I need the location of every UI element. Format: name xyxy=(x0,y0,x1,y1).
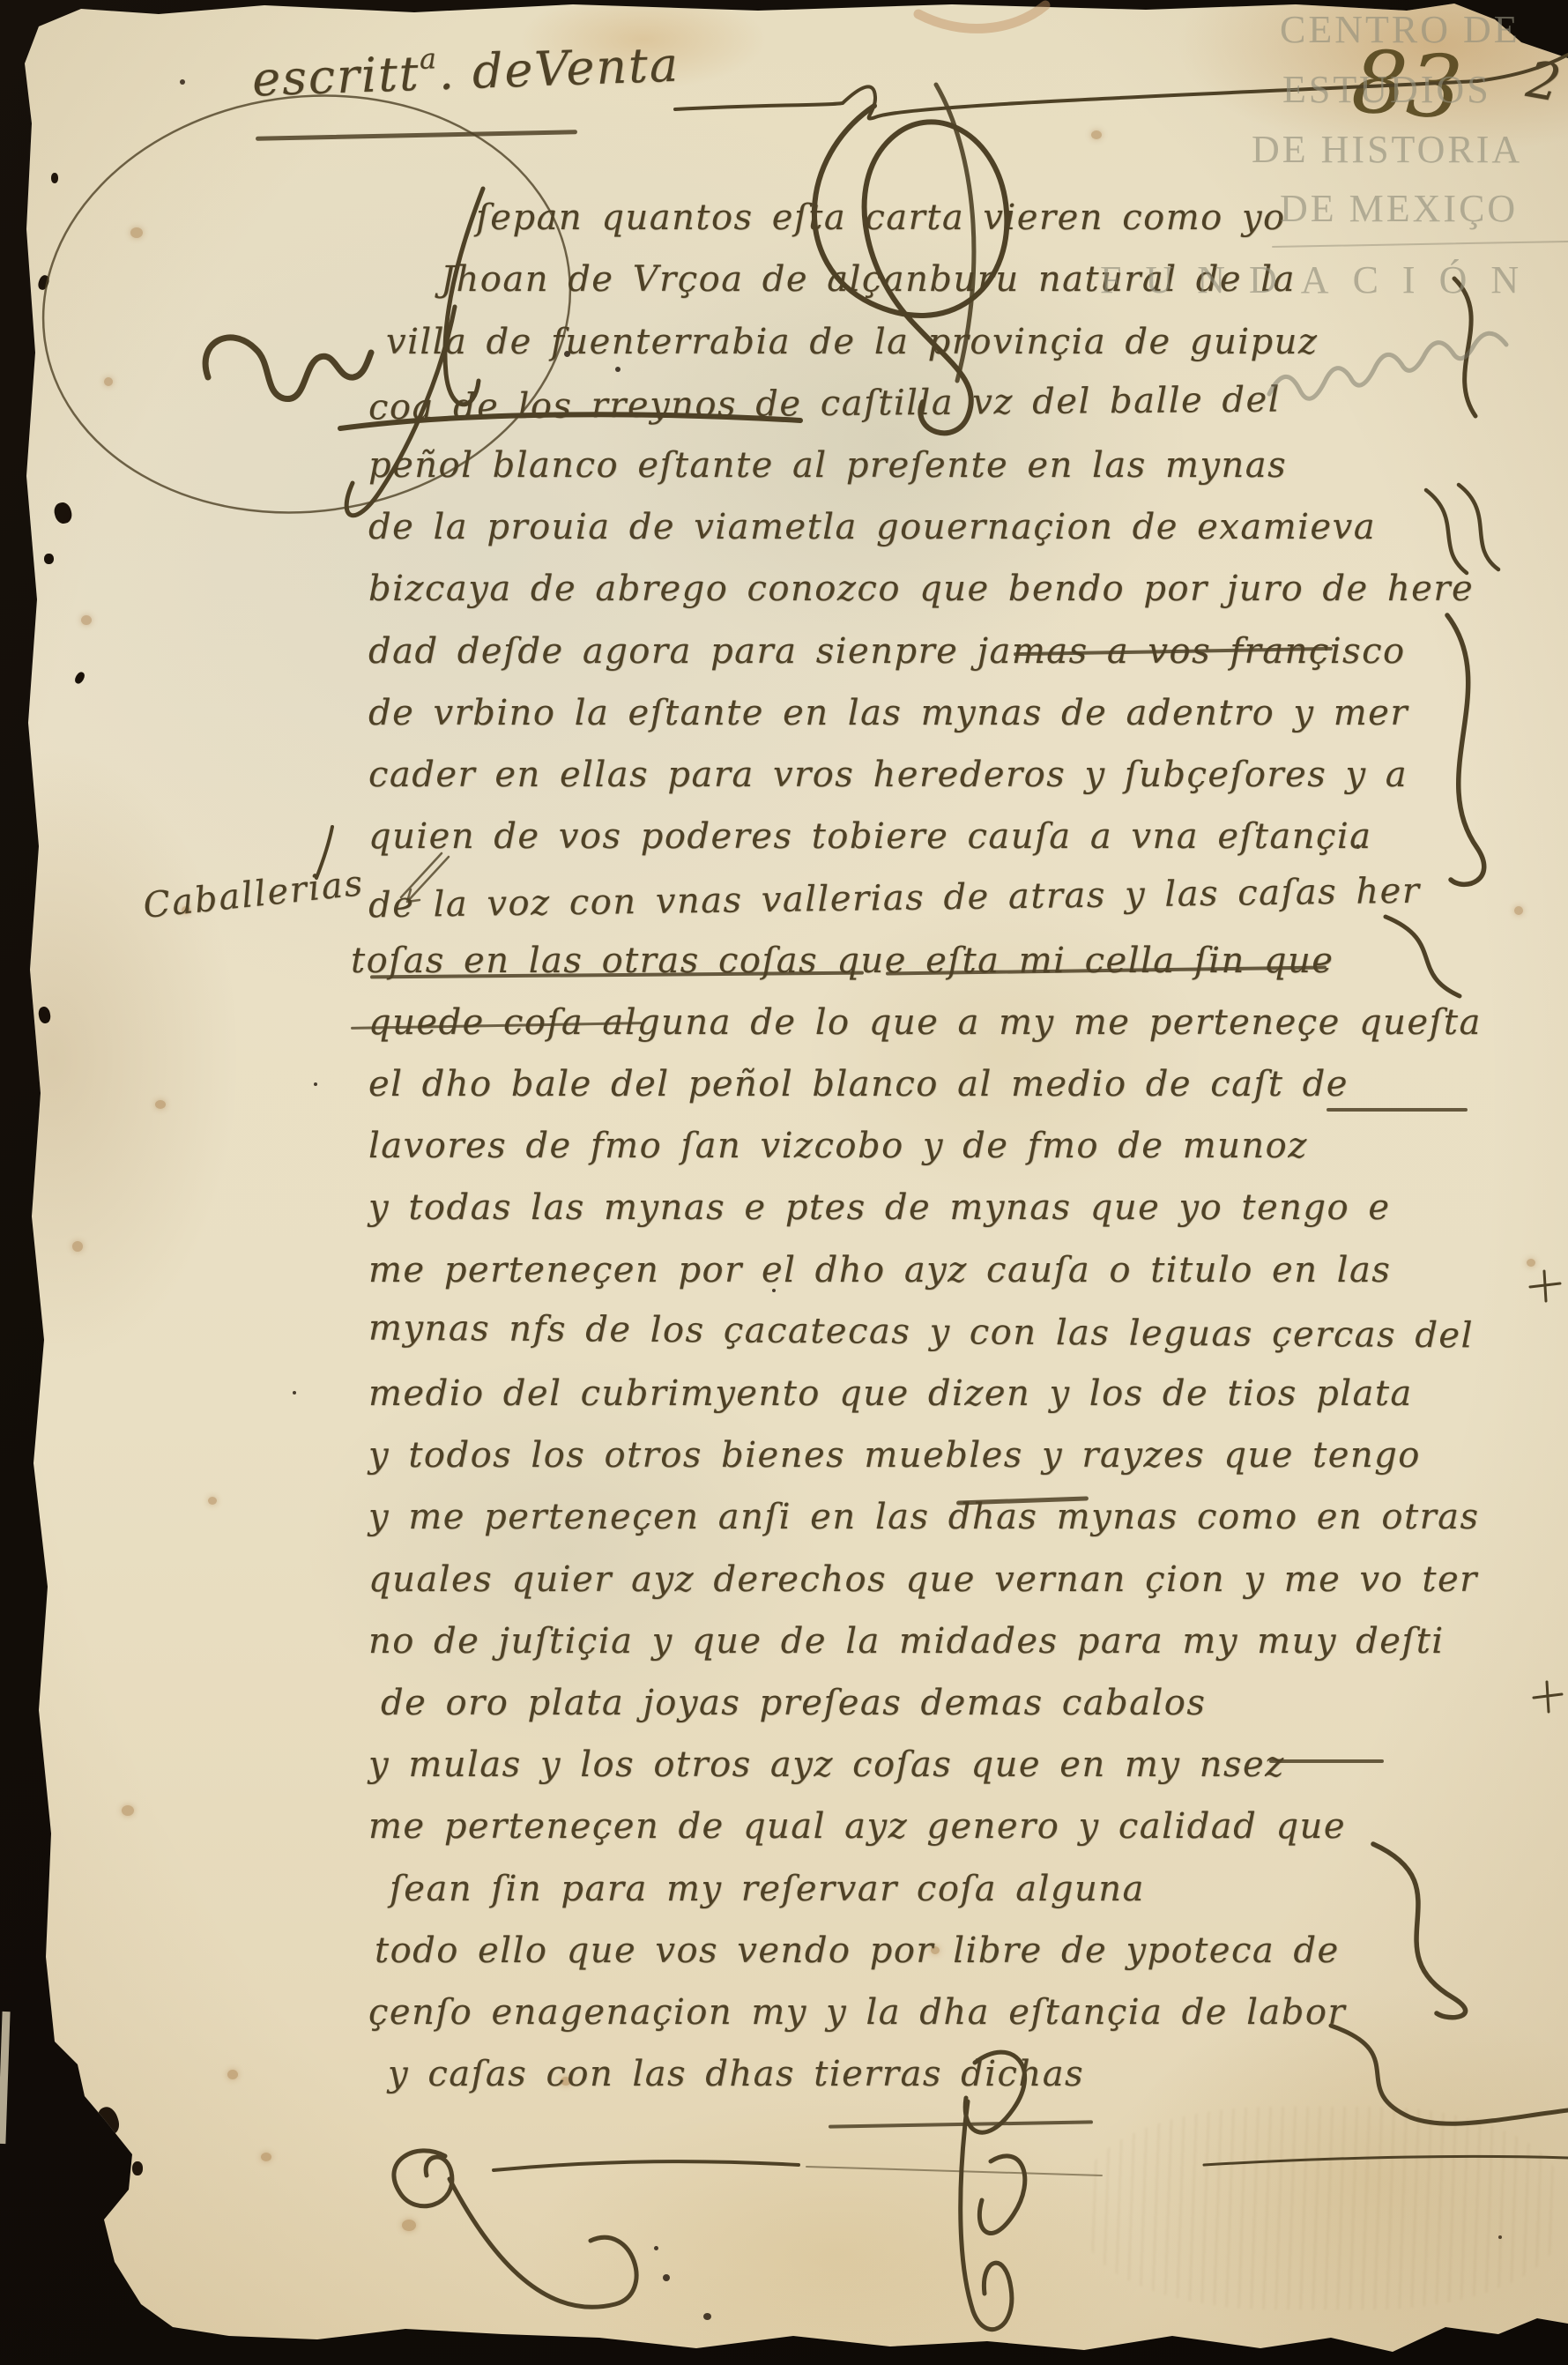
bottom-rule xyxy=(1204,2156,1568,2165)
margin-plus-mark xyxy=(1534,1682,1562,1712)
right-margin-brace xyxy=(1447,615,1484,884)
bottom-rule-faint xyxy=(806,2167,1102,2175)
margin-plus-mark xyxy=(1530,1271,1560,1301)
monogram-flourish xyxy=(936,85,974,381)
monogram-flourish xyxy=(814,106,1007,433)
archive-watermark-line: DE HISTORIA xyxy=(1252,127,1522,172)
calligraphic-circle-flourish xyxy=(16,63,598,547)
initial-stroke xyxy=(346,307,455,516)
bottom-rubric-right xyxy=(961,2052,1025,2329)
stained-curl xyxy=(918,5,1045,28)
right-margin-brace xyxy=(1386,917,1460,996)
archive-watermark-line: FUNDACIÓN xyxy=(1100,257,1542,302)
monogram-squiggle xyxy=(205,338,371,399)
right-margin-brace xyxy=(1331,2026,1568,2123)
initial-stroke xyxy=(445,189,483,405)
archive-watermark-line: DE MEXIÇO xyxy=(1280,186,1518,231)
scan-backdrop: escritta. deVenta Caballerias 83 2 ſepan… xyxy=(0,0,1568,2365)
insertion-caret xyxy=(401,853,449,902)
monogram-underline xyxy=(340,414,800,428)
right-margin-brace xyxy=(1373,1844,1466,2018)
right-margin-brace xyxy=(1426,485,1498,573)
archive-watermark-line: ESTUDIOS xyxy=(1282,67,1491,112)
bottom-rule xyxy=(494,2161,799,2170)
margin-tick xyxy=(316,827,332,878)
ink-flourishes xyxy=(0,0,1568,2365)
archive-watermark-line: CENTRO DE xyxy=(1280,7,1520,52)
paper-crease xyxy=(1273,242,1568,247)
bottom-rubric-left xyxy=(394,2151,636,2307)
